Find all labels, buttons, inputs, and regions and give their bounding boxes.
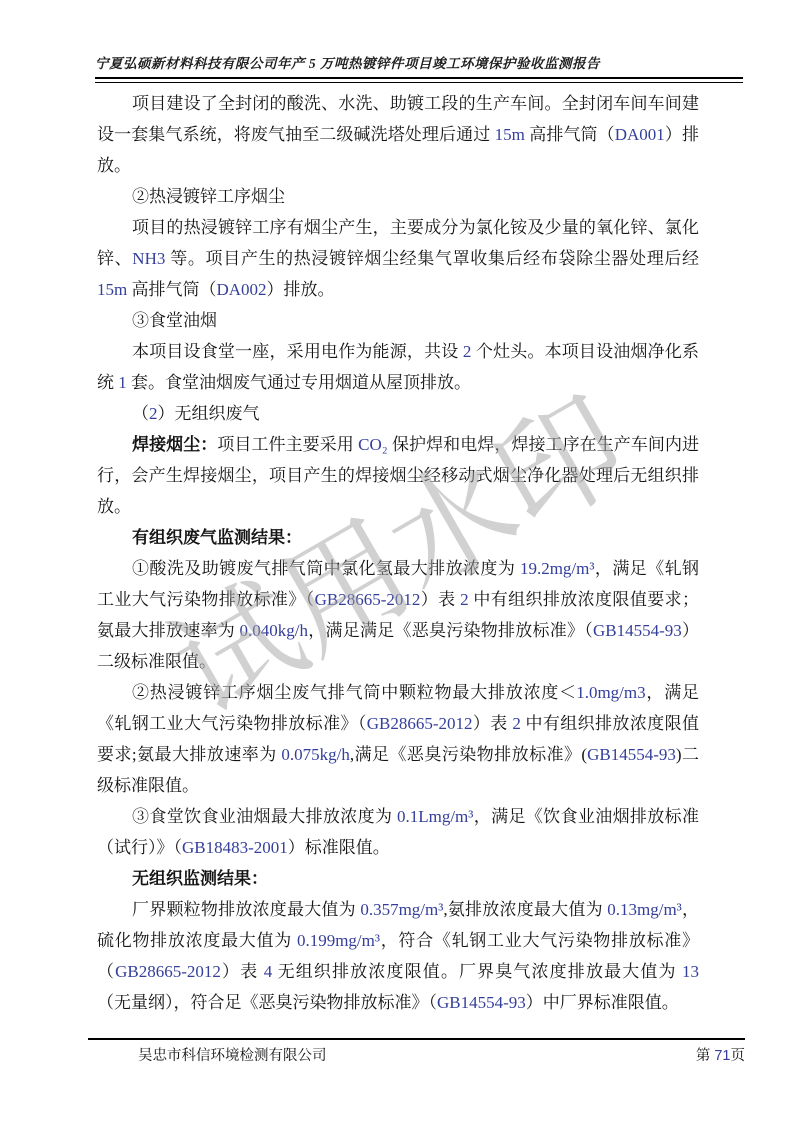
latin-text: GB14554-93 [587,745,676,764]
latin-text: 19.2mg/m³ [520,559,595,578]
latin-text: CO₂ [358,435,388,454]
paragraph: （2）无组织废气 [97,398,699,429]
latin-text: GB18483-2001 [182,838,288,857]
latin-text: 2 [149,404,158,423]
page-number-value: 71 [714,1048,730,1064]
latin-text: 2 [512,714,521,733]
latin-text: 0.1Lmg/m³ [397,807,473,826]
latin-text: GB28665-2012 [315,590,421,609]
latin-text: NH3 [132,249,165,268]
latin-text: 0.040kg/h [240,621,308,640]
latin-text: 2 [460,590,469,609]
paragraph: ③食堂饮食业油烟最大排放浓度为 0.1Lmg/m³，满足《饮食业油烟排放标准（试… [97,801,699,863]
latin-text: 0.075kg/h [281,745,349,764]
paragraph: ③食堂油烟 [97,305,699,336]
latin-text: DA001 [615,125,665,144]
report-header-title: 宁夏弘硕新材料科技有限公司年产 5 万吨热镀锌件项目竣工环境保护验收监测报告 [95,52,743,72]
page-header: 宁夏弘硕新材料科技有限公司年产 5 万吨热镀锌件项目竣工环境保护验收监测报告 [95,52,743,83]
page-number-suffix: 页 [731,1048,746,1064]
latin-text: 2 [463,342,472,361]
page-footer: 吴忠市科信环境检测有限公司 第 71页 [88,1038,745,1065]
latin-text: 4 [264,962,273,981]
latin-text: 0.357mg/m³ [360,900,443,919]
latin-text: GB14554-93 [437,993,526,1012]
header-double-rule [95,77,743,83]
paragraph: 厂界颗粒物排放浓度最大值为 0.357mg/m³,氨排放浓度最大值为 0.13m… [97,894,699,1018]
paragraph: 焊接烟尘：项目工件主要采用 CO₂ 保护焊和电焊，焊接工序在生产车间内进行，会产… [97,429,699,522]
latin-text: GB14554-93 [593,621,682,640]
paragraph: 有组织废气监测结果： [97,522,699,553]
paragraph: 项目建设了全封闭的酸洗、水洗、助镀工段的生产车间。全封闭车间车间建设一套集气系统… [97,88,699,181]
paragraph: 本项目设食堂一座，采用电作为能源，共设 2 个灶头。本项目设油烟净化系统 1 套… [97,336,699,398]
document-page: 宁夏弘硕新材料科技有限公司年产 5 万吨热镀锌件项目竣工环境保护验收监测报告 项… [0,0,793,1122]
latin-text: 1 [118,373,127,392]
latin-text: GB28665-2012 [115,962,221,981]
page-number-prefix: 第 [696,1048,715,1064]
latin-text: GB28665-2012 [367,714,473,733]
footer-company-name: 吴忠市科信环境检测有限公司 [88,1044,327,1065]
paragraph: 无组织监测结果： [97,863,699,894]
latin-text: 0.13mg/m³ [607,900,682,919]
latin-text: 15m [495,125,525,144]
latin-text: 1.0mg/m3 [576,683,645,702]
paragraph: 项目的热浸镀锌工序有烟尘产生，主要成分为氯化铵及少量的氧化锌、氯化锌、NH3 等… [97,212,699,305]
footer-page-number: 第 71页 [696,1044,745,1065]
paragraph-lead: 焊接烟尘： [132,435,217,454]
document-body: 项目建设了全封闭的酸洗、水洗、助镀工段的生产车间。全封闭车间车间建设一套集气系统… [97,88,699,1018]
paragraph: ②热浸镀锌工序烟尘废气排气筒中颗粒物最大排放浓度＜1.0mg/m3，满足《轧钢工… [97,677,699,801]
paragraph: ①酸洗及助镀废气排气筒中氯化氢最大排放浓度为 19.2mg/m³，满足《轧钢工业… [97,553,699,677]
latin-text: DA002 [216,280,266,299]
latin-text: 15m [97,280,127,299]
latin-text: 13 [682,962,699,981]
paragraph: ②热浸镀锌工序烟尘 [97,181,699,212]
latin-text: 0.199mg/m³ [297,931,380,950]
